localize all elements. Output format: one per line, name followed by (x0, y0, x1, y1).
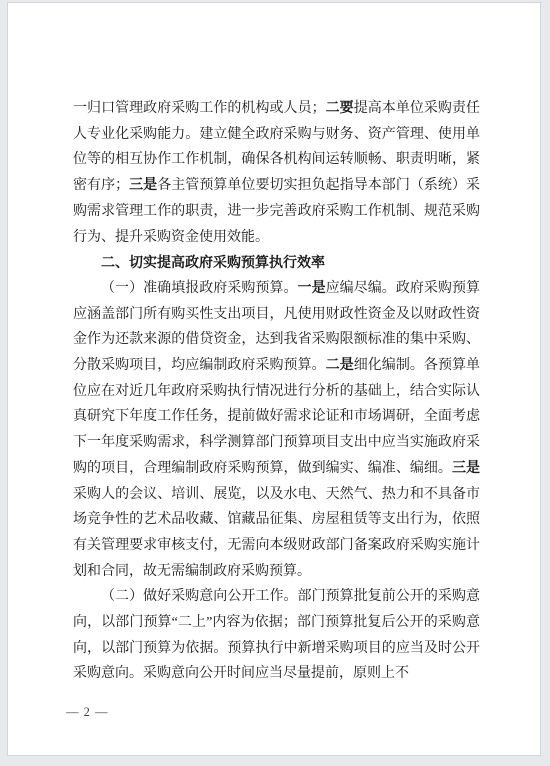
bold-emphasis: 二要 (326, 101, 354, 116)
paragraph-item-1: （一）准确填报政府采购预算。一是应编尽编。政府采购预算应涵盖部门所有购买性支出项… (73, 276, 480, 584)
document-page: 一归口管理政府采购工作的机构或人员；二要提高本单位采购责任人专业化采购能力。建立… (7, 2, 541, 756)
text-run: 采购人的会议、培训、展览，以及水电、天然气、热力和不具备市场竞争性的艺术品收藏、… (73, 487, 480, 579)
text-run: 一归口管理政府采购工作的机构或人员； (73, 101, 326, 116)
document-body: 一归口管理政府采购工作的机构或人员；二要提高本单位采购责任人专业化采购能力。建立… (73, 96, 480, 687)
bold-emphasis: 三是 (129, 178, 157, 193)
paragraph-continued: 一归口管理政府采购工作的机构或人员；二要提高本单位采购责任人专业化采购能力。建立… (73, 96, 480, 250)
section-heading: 二、切实提高政府采购预算执行效率 (73, 250, 480, 276)
text-run: 细化编制。各预算单位应在对近几年政府采购执行情况进行分析的基础上，结合实际认真研… (73, 358, 480, 476)
paragraph-item-2: （二）做好采购意向公开工作。部门预算批复前公开的采购意向，以部门预算“二上”内容… (73, 584, 480, 687)
subheading-lead: （一）准确填报政府采购预算。 (101, 281, 298, 296)
bold-emphasis: 一是 (298, 281, 326, 296)
page-number: — 2 — (66, 705, 109, 720)
bold-emphasis: 二是 (326, 358, 354, 373)
subheading-lead: （二）做好采购意向公开工作。 (101, 589, 298, 604)
bold-emphasis: 三是 (452, 461, 480, 476)
